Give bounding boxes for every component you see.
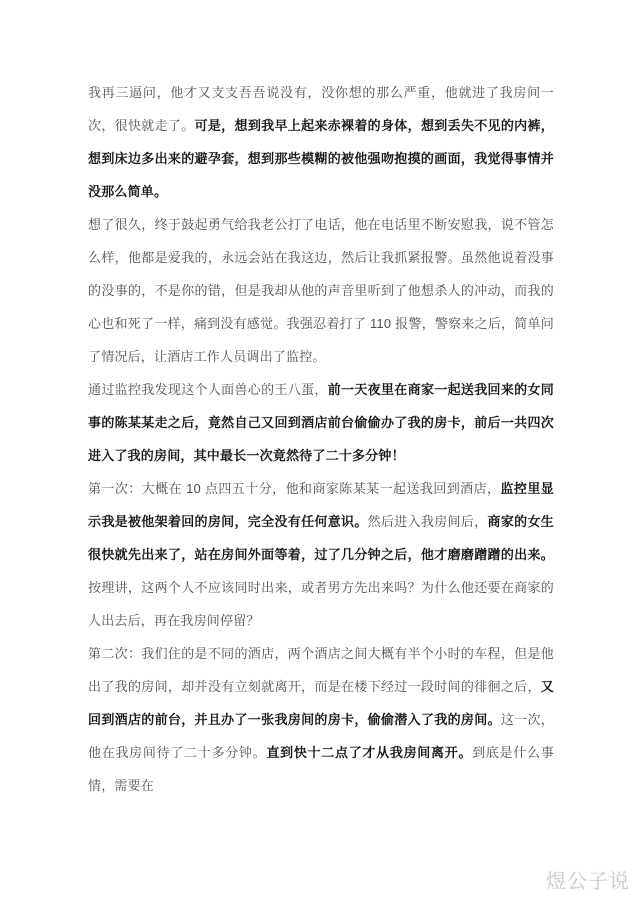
paragraph: 通过监控我发现这个人面兽心的王八蛋，前一天夜里在商家一起送我回来的女同事的陈某某… [88,373,554,472]
paragraph: 想了很久，终于鼓起勇气给我老公打了电话，他在电话里不断安慰我，说不管怎么样，他都… [88,208,554,373]
text-segment: 第二次：我们住的是不同的酒店，两个酒店之间大概有半个小时的车程，但是他出了我的房… [88,646,554,694]
paragraph: 我再三逼问，他才又支支吾吾说没有，没你想的那么严重，他就进了我房间一次，很快就走… [88,76,554,208]
text-segment: 然后进入我房间后， [368,514,488,529]
article-body: 我再三逼问，他才又支支吾吾说没有，没你想的那么严重，他就进了我房间一次，很快就走… [88,76,554,802]
text-segment: 通过监控我发现这个人面兽心的王八蛋， [88,382,328,397]
text-segment-bold: 直到快十二点了才从我房间离开。 [266,745,472,760]
watermark: 煜公子说 [546,865,630,894]
text-segment: 按理讲，这两个人不应该同时出来，或者男方先出来吗？为什么他还要在商家的人出去后，… [88,580,554,628]
text-segment: 想了很久，终于鼓起勇气给我老公打了电话，他在电话里不断安慰我，说不管怎么样，他都… [88,217,554,364]
paragraph: 第二次：我们住的是不同的酒店，两个酒店之间大概有半个小时的车程，但是他出了我的房… [88,637,554,802]
text-segment: 第一次：大概在 10 点四五十分，他和商家陈某某一起送我回到酒店， [88,481,500,496]
paragraph: 第一次：大概在 10 点四五十分，他和商家陈某某一起送我回到酒店，监控里显示我是… [88,472,554,637]
article-page: 我再三逼问，他才又支支吾吾说没有，没你想的那么严重，他就进了我房间一次，很快就走… [0,0,640,905]
